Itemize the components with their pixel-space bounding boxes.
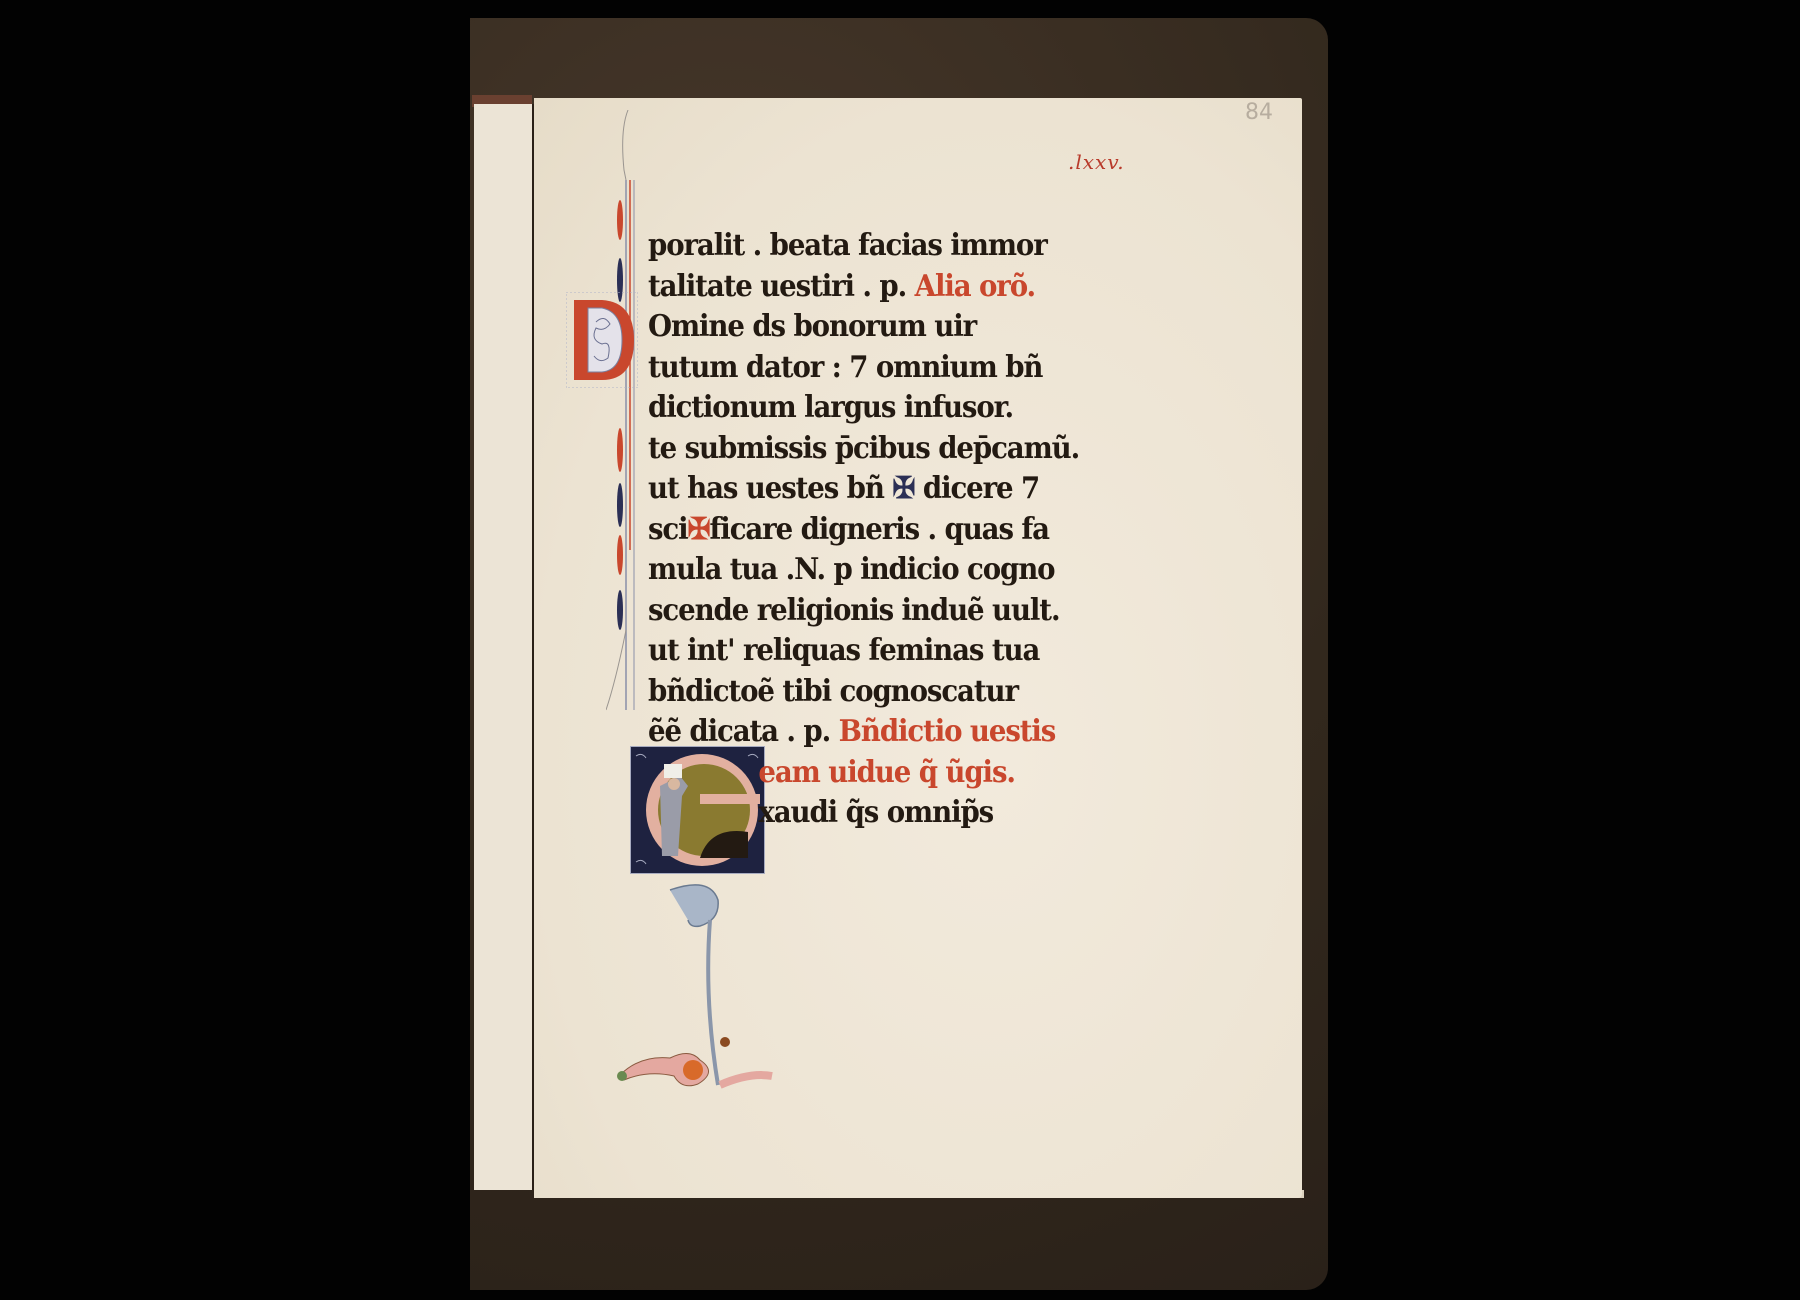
rubric-alia-oratio: Alia orõ. (915, 269, 1035, 304)
dragon-tail-flourish (600, 880, 800, 1100)
rubric-continuation: eam uidue q̃ ũgis. (758, 755, 1014, 790)
blue-cross-icon: ✠ (892, 471, 914, 506)
text-line-5: dictionum largus infusor. (648, 388, 1053, 429)
text-line-3: Omine ds bonorum uir (648, 307, 1053, 348)
text-line-14: eam uidue q̃ ũgis. (648, 753, 1053, 794)
text-line-10: scende religionis induẽ uult. (648, 591, 1053, 632)
text-line-6: te submissis p̄cibus dep̄camũ. (648, 429, 1053, 470)
text-line-1: poralit . beata facias immor (648, 226, 1053, 267)
left-page-edge (474, 104, 534, 1190)
text-line-11: ut int' reliquas feminas tua (648, 631, 1053, 672)
folio-number-pencil: 84 (1245, 100, 1273, 125)
text-line-15: xaudi q̃s omnip̃s (648, 793, 1053, 834)
text-line-2: talitate uestiri . p. Alia orõ. (648, 267, 1053, 308)
folio-number-rubric: .lxxv. (1068, 150, 1125, 174)
text-line-13: ẽẽ dicata . p. Bñdictio uestis (648, 712, 1053, 753)
text-line-9: mula tua .N. p indicio cogno (648, 550, 1053, 591)
text-line-7: ut has uestes bñ ✠ dicere 7 (648, 469, 1053, 510)
text-line-4: tutum dator : 7 omnium bñ (648, 348, 1053, 389)
marginal-flourish-border (606, 110, 646, 730)
text-line-8: sci✠ficare digneris . quas fa (648, 510, 1053, 551)
rubric-benedictio: Bñdictio uestis (839, 714, 1056, 749)
text-line-12: bñdictoẽ tibi cognoscatur (648, 672, 1053, 713)
manuscript-text-block: poralit . beata facias immor talitate ue… (648, 226, 1088, 834)
red-cross-icon: ✠ (688, 512, 710, 547)
initial-d-icon (566, 292, 638, 388)
